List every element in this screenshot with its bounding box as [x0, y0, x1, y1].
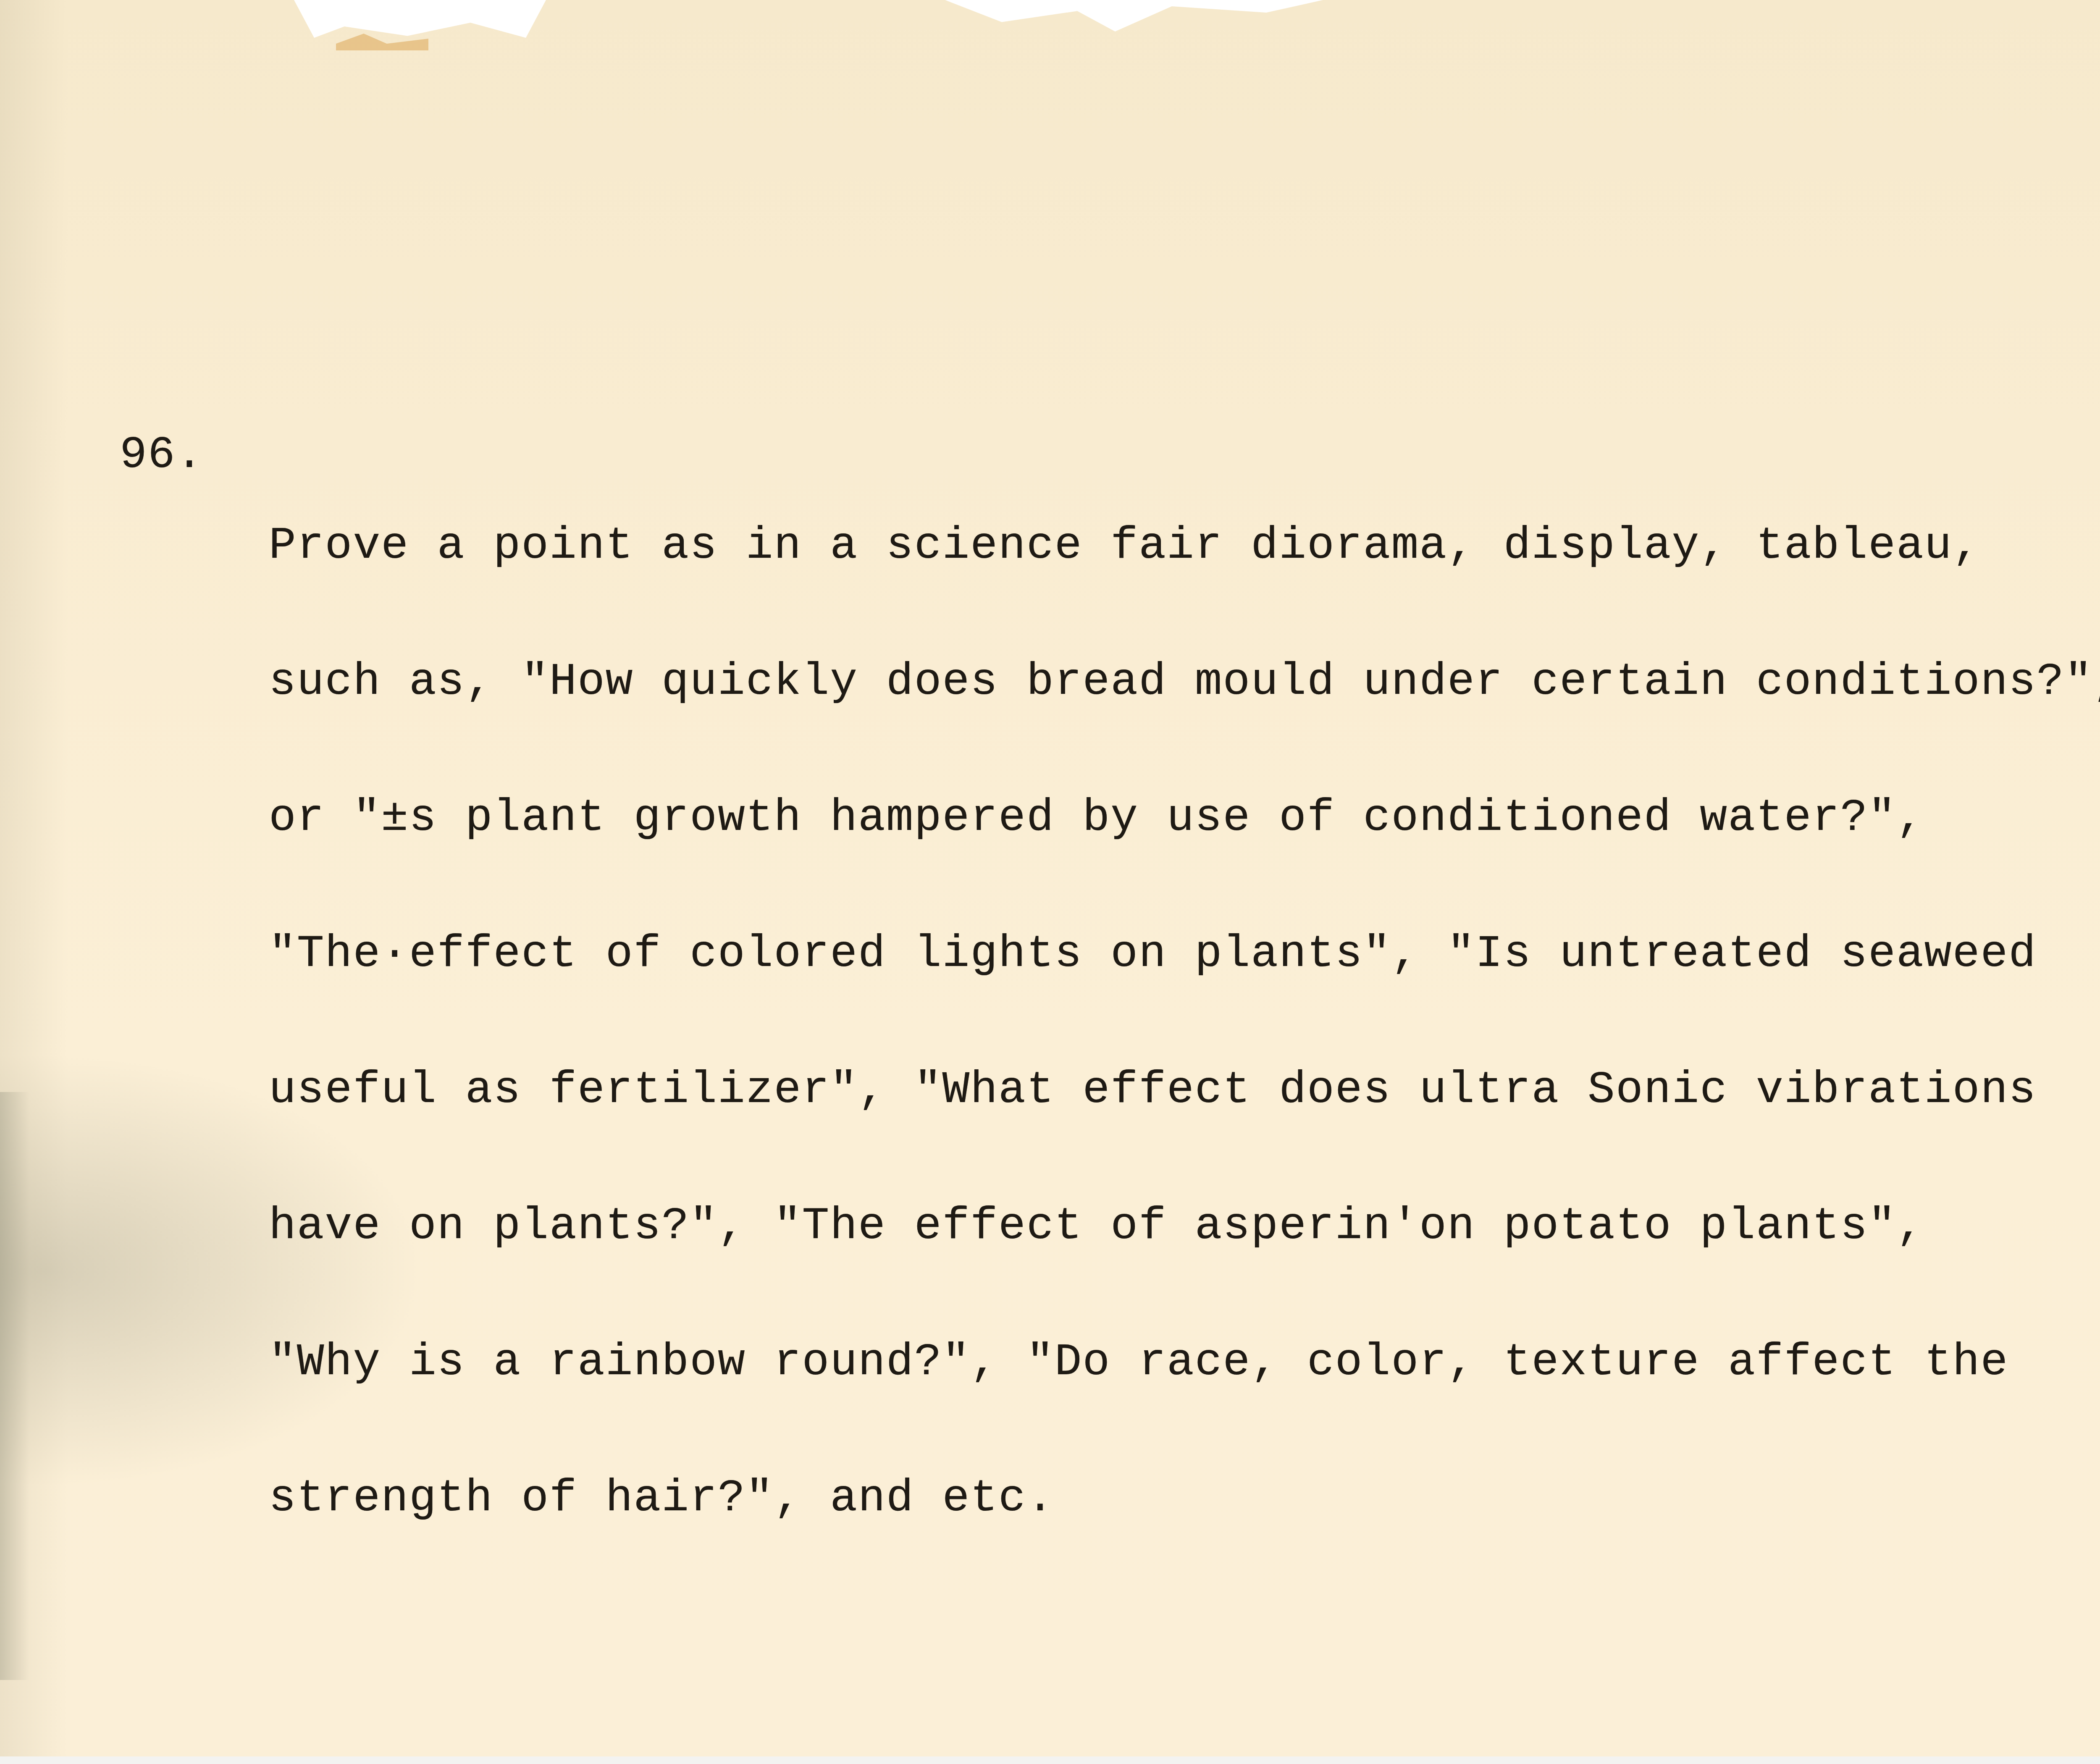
text-line: strength of hair?", and etc.: [269, 1476, 2100, 1521]
text-line: "The·effect of colored lights on plants"…: [269, 932, 2100, 977]
item-text: Prove a point as in a science fair diora…: [269, 433, 2100, 1612]
text-line: "Why is a rainbow round?", "Do race, col…: [269, 1340, 2100, 1385]
torn-edge: [945, 0, 1323, 31]
paper-shadow: [0, 1092, 29, 1680]
typed-page: 96. Prove a point as in a science fair d…: [0, 0, 2100, 1764]
item-number: 96.: [120, 433, 204, 478]
text-line: useful as fertilizer", "What effect does…: [269, 1068, 2100, 1113]
torn-edge: [294, 0, 546, 38]
text-line: Prove a point as in a science fair diora…: [269, 523, 2100, 569]
paper-stain: [336, 34, 428, 50]
text-line: such as, "How quickly does bread mould u…: [269, 659, 2100, 705]
text-line: have on plants?", "The effect of asperin…: [269, 1204, 2100, 1249]
paper-bottom-edge: [0, 1756, 2100, 1764]
text-line: or "±s plant growth hampered by use of c…: [269, 795, 2100, 841]
